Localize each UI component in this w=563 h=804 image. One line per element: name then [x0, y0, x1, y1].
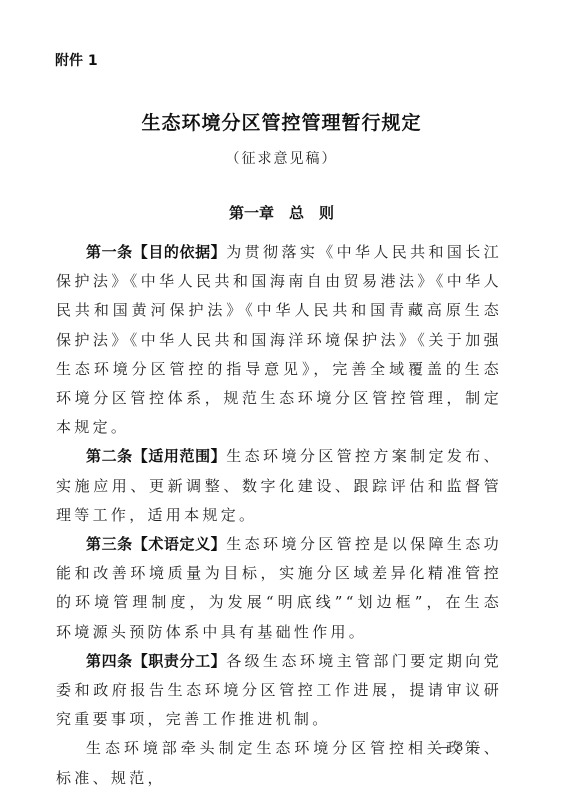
article-text: 为贯彻落实《中华人民共和国长江保护法》《中华人民共和国海南自由贸易港法》《中华人…: [56, 243, 502, 436]
document-subtitle: （征求意见稿）: [0, 148, 563, 168]
page-number: — 3 —: [438, 740, 481, 755]
article-lead: 第二条【适用范围】: [86, 447, 226, 465]
article-lead: 第三条【术语定义】: [86, 535, 226, 553]
document-body: 第一条【目的依据】为贯彻落实《中华人民共和国长江保护法》《中华人民共和国海南自由…: [56, 238, 502, 793]
article-3: 第三条【术语定义】生态环境分区管控是以保障生态功能和改善环境质量为目标，实施分区…: [56, 530, 502, 647]
article-2: 第二条【适用范围】生态环境分区管控方案制定发布、实施应用、更新调整、数字化建设、…: [56, 442, 502, 530]
chapter-heading: 第一章 总 则: [0, 202, 563, 223]
attachment-label: 附件 1: [55, 50, 98, 70]
article-text: 生态环境部牵头制定生态环境分区管控相关政策、标准、规范，: [56, 739, 502, 786]
document-title: 生态环境分区管控管理暂行规定: [0, 108, 563, 135]
article-lead: 第一条【目的依据】: [86, 243, 226, 261]
article-4: 第四条【职责分工】各级生态环境主管部门要定期向党委和政府报告生态环境分区管控工作…: [56, 647, 502, 735]
document-page: 附件 1 生态环境分区管控管理暂行规定 （征求意见稿） 第一章 总 则 第一条【…: [0, 0, 563, 804]
article-1: 第一条【目的依据】为贯彻落实《中华人民共和国长江保护法》《中华人民共和国海南自由…: [56, 238, 502, 442]
article-4-paragraph-2: 生态环境部牵头制定生态环境分区管控相关政策、标准、规范，: [56, 734, 502, 792]
article-lead: 第四条【职责分工】: [86, 652, 226, 670]
